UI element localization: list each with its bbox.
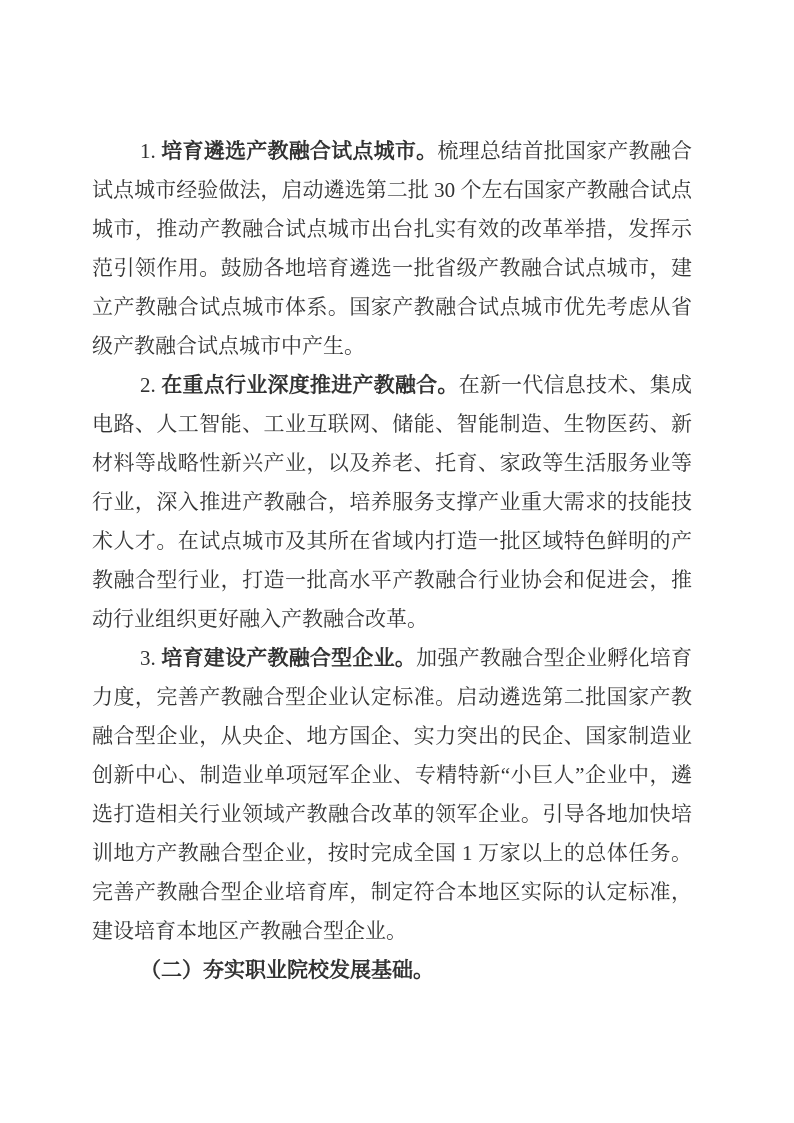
body-text-run: 梳理总结首批国家产教融合试点城市经验做法，启动遴选第二批 30 个左右国家产教融… bbox=[92, 139, 692, 358]
body-text-run: 在新一代信息技术、集成电路、人工智能、工业互联网、储能、智能制造、生物医药、新材… bbox=[92, 373, 692, 631]
heading-run: 在重点行业深度推进产教融合。 bbox=[161, 373, 458, 397]
section-heading-2: （二）夯实职业院校发展基础。 bbox=[92, 951, 692, 990]
heading-run: 培育建设产教融合型企业。 bbox=[161, 646, 416, 670]
document-page: 1. 培育遴选产教融合试点城市。梳理总结首批国家产教融合试点城市经验做法，启动遴… bbox=[0, 0, 794, 1123]
numbered-item-2: 2. 在重点行业深度推进产教融合。在新一代信息技术、集成电路、人工智能、工业互联… bbox=[92, 366, 692, 639]
body-text-run: 3. bbox=[140, 646, 161, 670]
body-text-run: 1. bbox=[140, 139, 161, 163]
body-text-run: 加强产教融合型企业孵化培育力度，完善产教融合型企业认定标准。启动遴选第二批国家产… bbox=[92, 646, 692, 943]
body-text-run: 2. bbox=[140, 373, 161, 397]
heading-run: 培育遴选产教融合试点城市。 bbox=[161, 139, 437, 163]
heading-run: （二）夯实职业院校发展基础。 bbox=[140, 958, 434, 982]
numbered-item-1: 1. 培育遴选产教融合试点城市。梳理总结首批国家产教融合试点城市经验做法，启动遴… bbox=[92, 132, 692, 366]
numbered-item-3: 3. 培育建设产教融合型企业。加强产教融合型企业孵化培育力度，完善产教融合型企业… bbox=[92, 639, 692, 951]
document-body: 1. 培育遴选产教融合试点城市。梳理总结首批国家产教融合试点城市经验做法，启动遴… bbox=[92, 132, 692, 990]
